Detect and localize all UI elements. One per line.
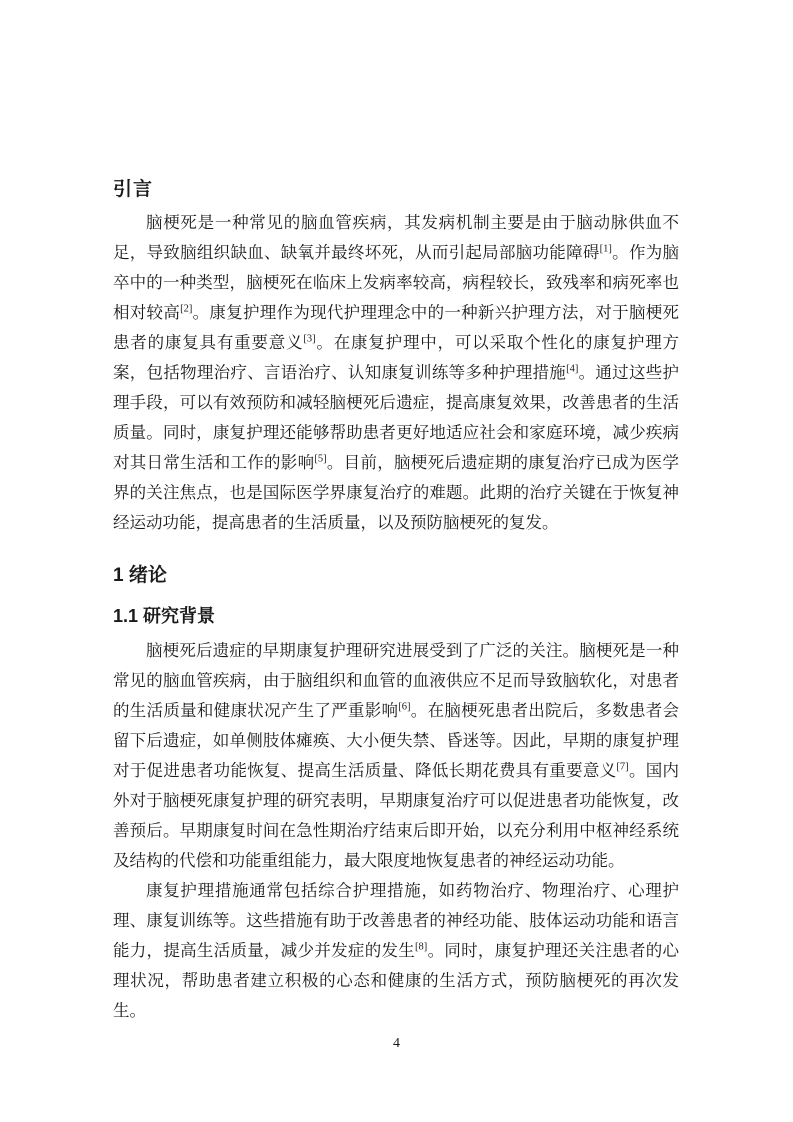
paragraph-introduction: 脑梗死是一种常见的脑血管疾病，其发病机制主要是由于脑动脉供血不足，导致脑组织缺血… (113, 208, 679, 538)
document-page: 引言 脑梗死是一种常见的脑血管疾病，其发病机制主要是由于脑动脉供血不足，导致脑组… (0, 0, 793, 1122)
page-number: 4 (0, 1036, 793, 1052)
heading-section-1-1: 1.1 研究背景 (113, 604, 679, 628)
paragraph-research-background-2: 康复护理措施通常包括综合护理措施，如药物治疗、物理治疗、心理护理、康复训练等。这… (113, 876, 679, 1026)
heading-introduction: 引言 (113, 178, 679, 202)
paragraph-research-background-1: 脑梗死后遗症的早期康复护理研究进展受到了广泛的关注。脑梗死是一种常见的脑血管疾病… (113, 636, 679, 876)
document-content: 引言 脑梗死是一种常见的脑血管疾病，其发病机制主要是由于脑动脉供血不足，导致脑组… (113, 178, 679, 1026)
heading-chapter-1: 1 绪论 (113, 564, 679, 588)
